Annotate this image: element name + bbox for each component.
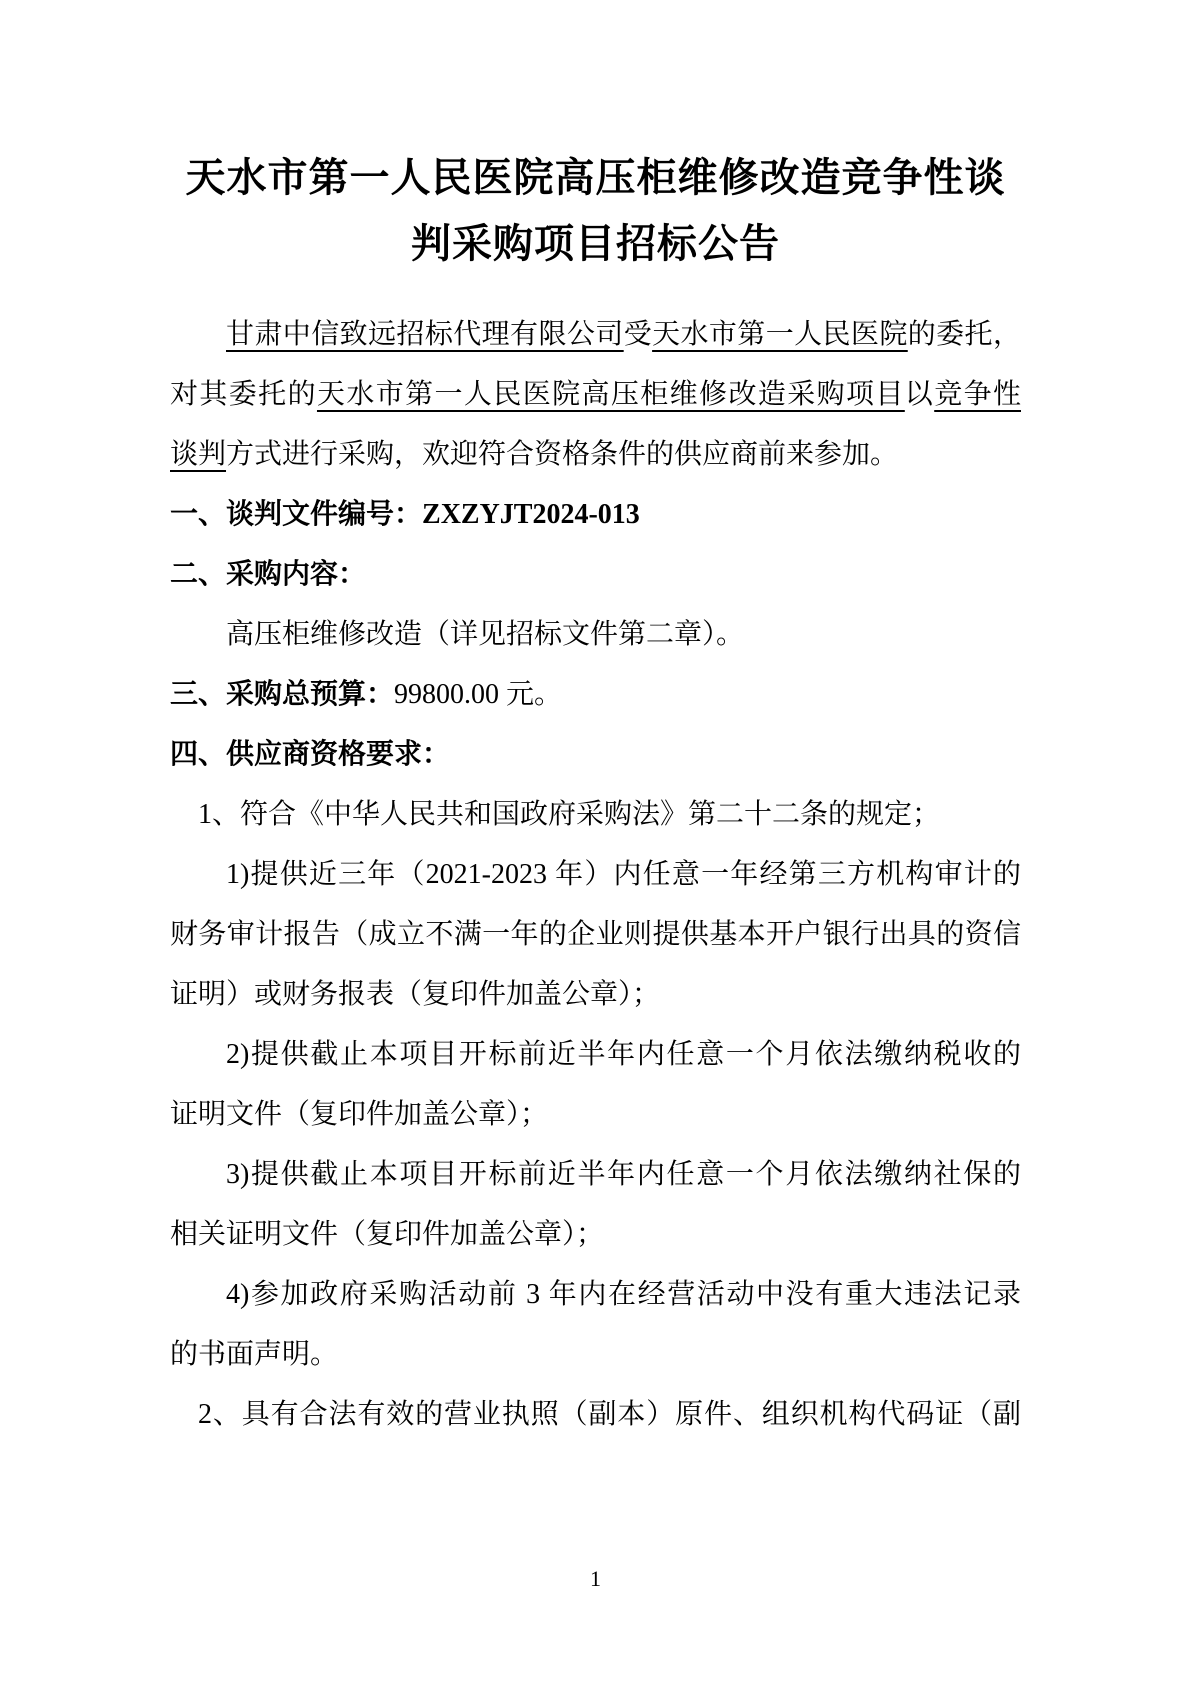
sub-item-1-line-2: 财务审计报告（成立不满一年的企业则提供基本开户银行出具的资信 — [170, 905, 1021, 965]
sub-item-4-line-1: 4)参加政府采购活动前 3 年内在经营活动中没有重大违法记录 — [170, 1265, 1021, 1325]
page-number: 1 — [0, 1566, 1191, 1592]
sub-item-1-line-1: 1)提供近三年（2021-2023 年）内任意一年经第三方机构审计的 — [170, 845, 1021, 905]
procurement-content-text: 高压柜维修改造（详见招标文件第二章）。 — [170, 605, 1021, 665]
section-2-heading: 二、采购内容： — [170, 545, 1021, 605]
qualification-sub-item-2: 2)提供截止本项目开标前近半年内任意一个月依法缴纳税收的证明文件（复印件加盖公章… — [170, 1025, 1021, 1145]
budget-value: 99800.00 元。 — [394, 679, 562, 710]
intro-hospital-name: 天水市第一人民医院 — [652, 319, 908, 350]
sub-item-2-line-2: 证明文件（复印件加盖公章）； — [170, 1085, 1021, 1145]
document-page: 天水市第一人民医院高压柜维修改造竞争性谈 判采购项目招标公告 甘肃中信致远招标代… — [0, 0, 1191, 1684]
intro-method-part1: 竞争性 — [934, 379, 1021, 410]
section-4-heading: 四、供应商资格要求： — [170, 725, 1021, 785]
qualification-sub-item-4: 4)参加政府采购活动前 3 年内在经营活动中没有重大违法记录的书面声明。 — [170, 1265, 1021, 1385]
intro-text: 受 — [624, 319, 652, 350]
document-title-line-2: 判采购项目招标公告 — [170, 211, 1021, 277]
intro-agency-name: 甘肃中信致远招标代理有限公司 — [226, 319, 624, 350]
intro-text: 对其委托的 — [170, 379, 317, 410]
section-1-heading: 一、谈判文件编号：ZXZYJT2024-013 — [170, 485, 1021, 545]
section-3-heading: 三、采购总预算：99800.00 元。 — [170, 665, 1021, 725]
sub-item-1-line-3: 证明）或财务报表（复印件加盖公章）； — [170, 965, 1021, 1025]
document-body: 甘肃中信致远招标代理有限公司受天水市第一人民医院的委托，对其委托的天水市第一人民… — [170, 305, 1021, 1445]
intro-paragraph: 甘肃中信致远招标代理有限公司受天水市第一人民医院的委托，对其委托的天水市第一人民… — [170, 305, 1021, 485]
sub-item-3-line-2: 相关证明文件（复印件加盖公章）； — [170, 1205, 1021, 1265]
intro-line-3: 谈判方式进行采购，欢迎符合资格条件的供应商前来参加。 — [170, 425, 1021, 485]
qualification-item-2: 2、具有合法有效的营业执照（副本）原件、组织机构代码证（副 — [170, 1385, 1021, 1445]
qualification-sub-item-1: 1)提供近三年（2021-2023 年）内任意一年经第三方机构审计的财务审计报告… — [170, 845, 1021, 1025]
document-title: 天水市第一人民医院高压柜维修改造竞争性谈 判采购项目招标公告 — [170, 145, 1021, 277]
intro-method-part2: 谈判 — [170, 439, 226, 470]
negotiation-document-number: ZXZYJT2024-013 — [422, 499, 640, 530]
section-1-label: 一、谈判文件编号： — [170, 499, 422, 530]
section-2-label: 二、采购内容： — [170, 559, 366, 590]
intro-line-2: 对其委托的天水市第一人民医院高压柜维修改造采购项目以竞争性 — [170, 365, 1021, 425]
sub-item-4-line-2: 的书面声明。 — [170, 1325, 1021, 1385]
intro-text: 以 — [905, 379, 934, 410]
section-4-label: 四、供应商资格要求： — [170, 739, 450, 770]
intro-text: 的委托， — [908, 319, 1021, 350]
sub-item-3-line-1: 3)提供截止本项目开标前近半年内任意一个月依法缴纳社保的 — [170, 1145, 1021, 1205]
intro-line-1: 甘肃中信致远招标代理有限公司受天水市第一人民医院的委托， — [170, 305, 1021, 365]
document-content: 天水市第一人民医院高压柜维修改造竞争性谈 判采购项目招标公告 甘肃中信致远招标代… — [170, 145, 1021, 1445]
qualification-item-1: 1、符合《中华人民共和国政府采购法》第二十二条的规定； — [170, 785, 1021, 845]
section-3-label: 三、采购总预算： — [170, 679, 394, 710]
qualification-sub-item-3: 3)提供截止本项目开标前近半年内任意一个月依法缴纳社保的相关证明文件（复印件加盖… — [170, 1145, 1021, 1265]
sub-item-2-line-1: 2)提供截止本项目开标前近半年内任意一个月依法缴纳税收的 — [170, 1025, 1021, 1085]
intro-text: 方式进行采购，欢迎符合资格条件的供应商前来参加。 — [226, 439, 898, 470]
intro-project-name: 天水市第一人民医院高压柜维修改造采购项目 — [317, 379, 905, 410]
document-title-line-1: 天水市第一人民医院高压柜维修改造竞争性谈 — [170, 145, 1021, 211]
